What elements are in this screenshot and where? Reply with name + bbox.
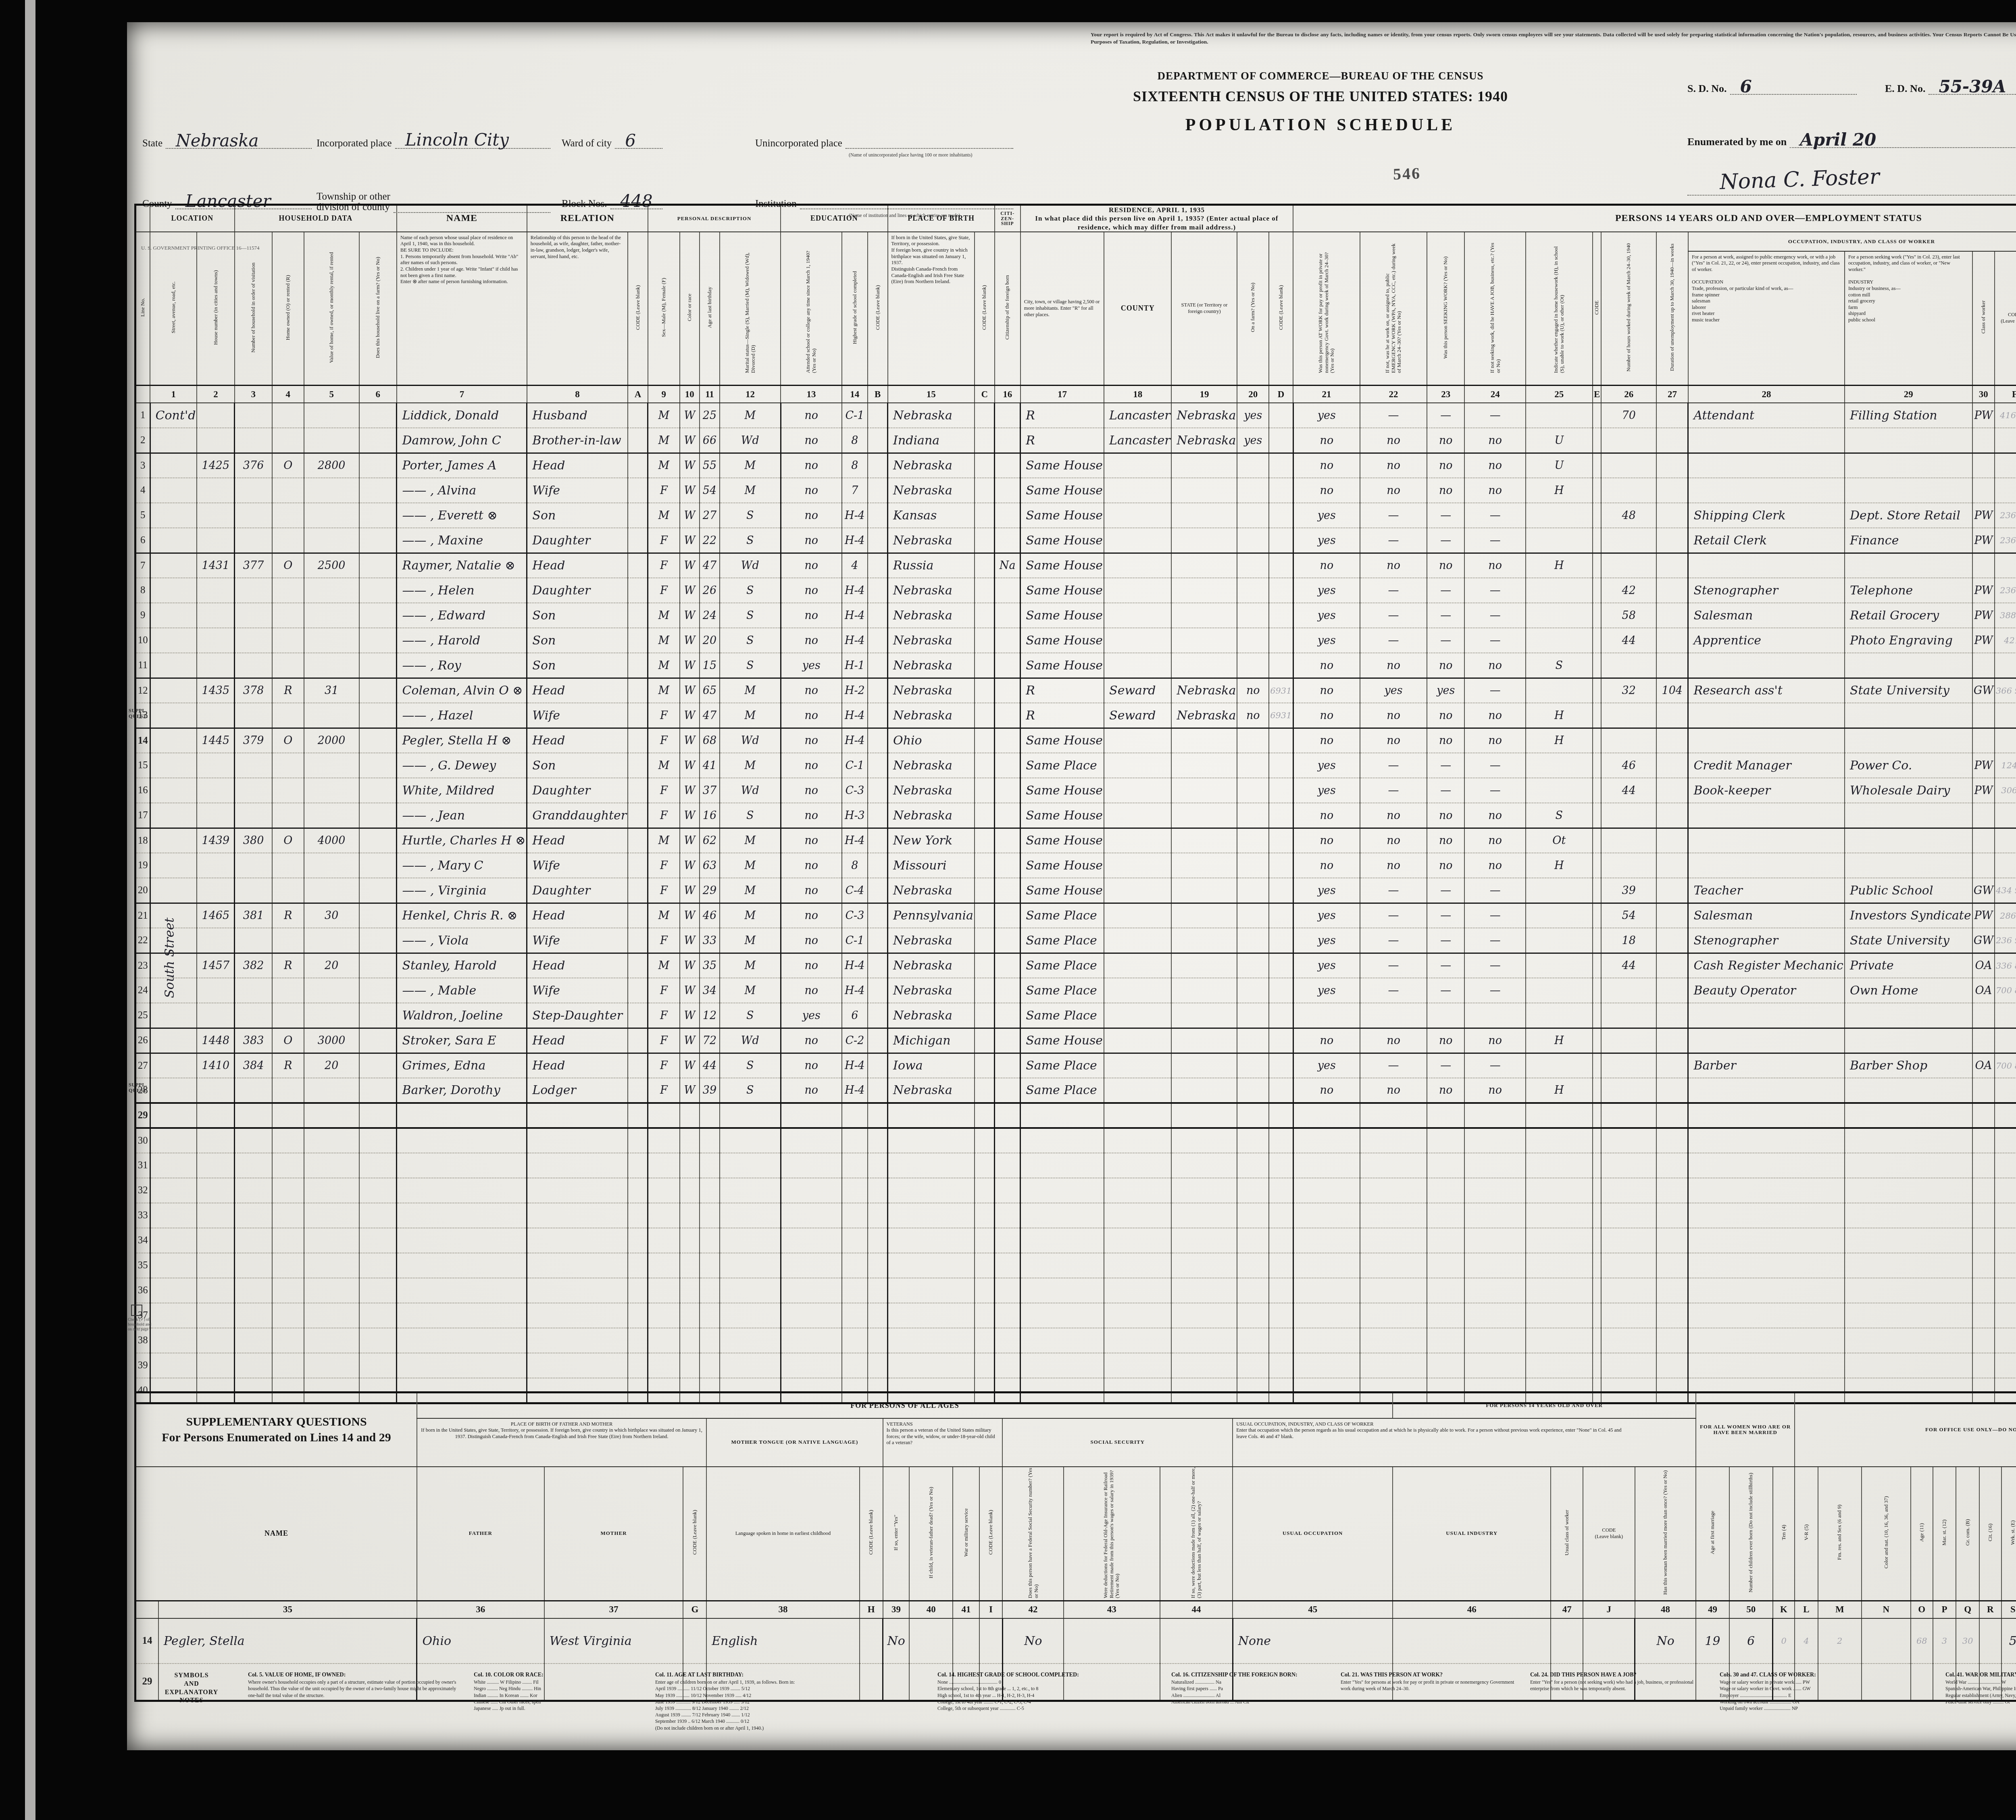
cell-lnL: 36 xyxy=(135,1278,150,1303)
cell-val: 2500 xyxy=(304,553,359,578)
column-header: 11 xyxy=(700,385,720,403)
column-header: 9 xyxy=(648,385,680,403)
cell-rfarm xyxy=(1237,1078,1269,1103)
cell-own xyxy=(272,653,304,678)
column-header: Number of children ever born (Do not inc… xyxy=(1729,1467,1773,1601)
cell-grd: H-4 xyxy=(842,703,868,728)
cell-rel xyxy=(527,1253,628,1278)
cell-hh xyxy=(235,778,272,803)
cell-sex: F xyxy=(648,703,680,728)
note-line: August 1939 ........ 7/12 February 1940 … xyxy=(655,1712,929,1718)
cell-race xyxy=(680,1203,700,1228)
note-line: May 1939 ........... 10/12 November 1939… xyxy=(655,1692,929,1699)
cell-house xyxy=(197,478,234,503)
cell-sex: F xyxy=(648,878,680,903)
cell-lnL: 29 xyxy=(135,1103,150,1128)
cell-own: O xyxy=(272,828,304,853)
column-header: 16 xyxy=(995,385,1020,403)
cell-c23 xyxy=(1427,1178,1464,1203)
cell-hh xyxy=(235,1178,272,1203)
note-line: Wage or salary worker in Govt. work ....… xyxy=(1720,1685,1937,1692)
cell-rfarm xyxy=(1237,1228,1269,1253)
cell-c25 xyxy=(1526,1153,1593,1178)
band-office-use: FOR OFFICE USE ONLY—DO NOT WRITE IN THES… xyxy=(1795,1393,2016,1467)
cell-cdF: 12458 xyxy=(1995,753,2016,778)
cell-sch: no xyxy=(781,1053,841,1078)
cell-age: 26 xyxy=(700,578,720,603)
cell-race: W xyxy=(680,1078,700,1103)
cell-rcity: Same Place xyxy=(1020,978,1104,1003)
cell-cdF xyxy=(1995,1328,2016,1353)
cell-occ: Beauty Operator xyxy=(1688,978,1845,1003)
cell-sex: M xyxy=(648,828,680,853)
column-header: Was this person SEEKING WORK? (Yes or No… xyxy=(1427,232,1464,386)
cell-cdF xyxy=(1995,803,2016,828)
cell-sch: no xyxy=(781,853,841,878)
cell-c25 xyxy=(1526,403,1593,428)
cell-house xyxy=(197,1203,234,1228)
cell-c25 xyxy=(1526,603,1593,628)
cell-age: 37 xyxy=(700,778,720,803)
enumeration-date-value: April 20 xyxy=(1800,130,1876,150)
state-value: Nebraska xyxy=(176,131,259,150)
cell-pob xyxy=(888,1153,975,1178)
cell-c22 xyxy=(1360,1303,1427,1328)
cell-street xyxy=(150,1278,197,1303)
column-header: 12 xyxy=(720,385,781,403)
cell-street xyxy=(150,478,197,503)
cell-cdE xyxy=(1593,903,1601,928)
column-header: CODE (Leave blank) xyxy=(868,232,888,386)
cell-ind xyxy=(1845,1228,1972,1253)
cell-rcounty xyxy=(1104,478,1171,503)
cell-race: W xyxy=(680,728,700,753)
cell-grd: C-3 xyxy=(842,903,868,928)
column-header: Age at first marriage xyxy=(1696,1467,1729,1601)
cell-c24 xyxy=(1464,1353,1525,1378)
cell-c21 xyxy=(1293,1103,1360,1128)
cell-rcity: Same House xyxy=(1020,878,1104,903)
column-header: If not, was he at work on, or assigned t… xyxy=(1360,232,1427,386)
cell-c23: — xyxy=(1427,1053,1464,1078)
cell-c25 xyxy=(1526,1128,1593,1153)
cell-rcounty xyxy=(1104,1053,1171,1078)
cell-occ xyxy=(1688,478,1845,503)
cell-pob: Russia xyxy=(888,553,975,578)
cell-lnL: 7 xyxy=(135,553,150,578)
cell-age: 44 xyxy=(700,1053,720,1078)
cell-pob: Nebraska xyxy=(888,953,975,978)
cell-c23: yes xyxy=(1427,678,1464,703)
cell-occ: Shipping Clerk xyxy=(1688,503,1845,528)
cell-rcounty xyxy=(1104,978,1171,1003)
cell-cdF xyxy=(1995,1078,2016,1103)
cell-mar: M xyxy=(720,403,781,428)
cell-rcounty xyxy=(1104,603,1171,628)
cell-cit xyxy=(995,1353,1020,1378)
cell-val xyxy=(304,753,359,778)
sd-value: 6 xyxy=(1740,77,1752,96)
cell-cdA xyxy=(628,1053,648,1078)
table-row-11: 11—— , RoySonMW15SyesH-1NebraskaSame Hou… xyxy=(135,653,2016,678)
cell-grd xyxy=(842,1153,868,1178)
cell-age xyxy=(700,1128,720,1153)
cell-hh xyxy=(235,578,272,603)
cell-mar xyxy=(720,1153,781,1178)
cell-c22: — xyxy=(1360,603,1427,628)
cell-own xyxy=(272,1203,304,1228)
cell-cdF: 236 55 xyxy=(1995,578,2016,603)
cell-cdB xyxy=(868,1203,888,1228)
column-header: CODE xyxy=(1593,232,1601,386)
cell-grd: H-4 xyxy=(842,628,868,653)
cell-c23: no xyxy=(1427,828,1464,853)
cell-cls: PW xyxy=(1972,578,1995,603)
cell-rcounty xyxy=(1104,628,1171,653)
column-header: 40 xyxy=(909,1601,953,1618)
cell-cdA xyxy=(628,1003,648,1028)
cell-cdB xyxy=(868,1153,888,1178)
cell-c24: no xyxy=(1464,703,1525,728)
cell-cdC xyxy=(975,1353,995,1378)
cell-rcounty xyxy=(1104,1278,1171,1303)
cell-c27 xyxy=(1656,1203,1688,1228)
cell-pob: Nebraska xyxy=(888,653,975,678)
cell-c23: — xyxy=(1427,928,1464,953)
cell-rel xyxy=(527,1128,628,1153)
note-title: Cols. 30 and 47. CLASS OF WORKER: xyxy=(1720,1672,1937,1679)
cell-pob: Nebraska xyxy=(888,878,975,903)
cell-cit xyxy=(995,953,1020,978)
cell-rcounty xyxy=(1104,728,1171,753)
cell-own xyxy=(272,1253,304,1278)
cell-age xyxy=(700,1303,720,1328)
cell-farm xyxy=(359,828,397,853)
cell-cdE xyxy=(1593,1253,1601,1278)
cell-c27 xyxy=(1656,628,1688,653)
cell-race: W xyxy=(680,978,700,1003)
cell-mar xyxy=(720,1228,781,1253)
column-header: Name of each person whose usual place of… xyxy=(397,232,527,386)
cell-c23 xyxy=(1427,1353,1464,1378)
cell-cdI xyxy=(979,1618,1003,1664)
cell-c27 xyxy=(1656,553,1688,578)
cell-lnL: 26 xyxy=(135,1028,150,1053)
cell-rfarm xyxy=(1237,728,1269,753)
note-block-5: Col. 16. CITIZENSHIP OF THE FOREIGN BORN… xyxy=(1171,1672,1333,1705)
column-header: Cit. (16) xyxy=(1979,1467,2001,1601)
cell-hh xyxy=(235,1228,272,1253)
cell-cdE xyxy=(1593,678,1601,703)
cell-occ xyxy=(1688,1228,1845,1253)
band-mother-tongue: MOTHER TONGUE (OR NATIVE LANGUAGE) xyxy=(706,1418,883,1467)
cell-ind xyxy=(1845,1353,1972,1378)
cell-cdD xyxy=(1269,403,1293,428)
cell-c24: — xyxy=(1464,528,1525,553)
cell-c24: no xyxy=(1464,828,1525,853)
column-header: If so, were deductions made from (1) all… xyxy=(1160,1467,1233,1601)
cell-grd xyxy=(842,1303,868,1328)
cell-sch: no xyxy=(781,428,841,453)
cell-cls xyxy=(1972,1353,1995,1378)
cell-rcounty xyxy=(1104,1303,1171,1328)
note-line: Indian ......... In Korean ....... Kor xyxy=(474,1692,647,1699)
group-education: EDUCATION xyxy=(781,205,887,232)
cell-sch: no xyxy=(781,878,841,903)
legal-notice: Your report is required by Act of Congre… xyxy=(1091,31,2016,45)
cell-race xyxy=(680,1103,700,1128)
cell-sch: no xyxy=(781,578,841,603)
cell-pob: Nebraska xyxy=(888,578,975,603)
cell-lnL: 5 xyxy=(135,503,150,528)
column-header: K xyxy=(1773,1601,1795,1618)
cell-farm xyxy=(359,428,397,453)
cell-c26: 70 xyxy=(1601,403,1656,428)
cell-sex: F xyxy=(648,578,680,603)
cell-rcounty xyxy=(1104,453,1171,478)
cell-hh xyxy=(235,1128,272,1153)
cell-c21: no xyxy=(1293,728,1360,753)
cell-age: 55 xyxy=(700,453,720,478)
cell-house xyxy=(197,403,234,428)
cell-grd: 8 xyxy=(842,453,868,478)
cell-race: W xyxy=(680,578,700,603)
cell-street xyxy=(150,1328,197,1353)
cell-rfarm xyxy=(1237,853,1269,878)
cell-cdF: 236 98 xyxy=(1995,528,2016,553)
cell-cdC xyxy=(975,603,995,628)
cell-sex xyxy=(648,1178,680,1203)
cell-cdB xyxy=(868,1028,888,1053)
cell-cdC xyxy=(975,828,995,853)
cell-age: 16 xyxy=(700,803,720,828)
cell-rstate xyxy=(1171,1278,1237,1303)
cell-cls xyxy=(1972,553,1995,578)
cell-rcity xyxy=(1020,1228,1104,1253)
cell-c25: U xyxy=(1526,453,1593,478)
cell-c23: — xyxy=(1427,628,1464,653)
cell-rcounty xyxy=(1104,778,1171,803)
cell-c22 xyxy=(1360,1178,1427,1203)
cell-race: W xyxy=(680,403,700,428)
cell-cit xyxy=(995,928,1020,953)
cell-c27 xyxy=(1656,803,1688,828)
cell-lang: English xyxy=(706,1618,860,1664)
cell-s43 xyxy=(1064,1618,1160,1664)
cell-c24: — xyxy=(1464,578,1525,603)
cell-c22: no xyxy=(1360,1078,1427,1103)
cell-name xyxy=(397,1253,527,1278)
cell-pob: Nebraska xyxy=(888,478,975,503)
cell-cdE xyxy=(1593,653,1601,678)
cell-val xyxy=(304,428,359,453)
cell-mar: S xyxy=(720,578,781,603)
cell-rcity: Same House xyxy=(1020,453,1104,478)
cell-occ xyxy=(1688,1278,1845,1303)
cell-cls xyxy=(1972,703,1995,728)
cell-occ xyxy=(1688,1003,1845,1028)
column-header: Were deductions for Federal Old-Age Insu… xyxy=(1064,1467,1160,1601)
unincorporated-place-label: Unincorporated place xyxy=(755,138,842,149)
cell-c27 xyxy=(1656,728,1688,753)
cell-grd: H-4 xyxy=(842,503,868,528)
cell-cdB xyxy=(868,828,888,853)
column-header: House number (in cities and towns) xyxy=(197,232,234,386)
cell-val xyxy=(304,1278,359,1303)
cell-cdD xyxy=(1269,603,1293,628)
cell-cdA xyxy=(628,903,648,928)
cell-lnL: 30 xyxy=(135,1128,150,1153)
table-row-18: 181439380O4000Hurtle, Charles H ⊗HeadMW6… xyxy=(135,828,2016,853)
cell-rfarm xyxy=(1237,903,1269,928)
cell-rcounty xyxy=(1104,1353,1171,1378)
cell-cdB xyxy=(868,628,888,653)
cell-grd xyxy=(842,1328,868,1353)
cell-c25 xyxy=(1526,1328,1593,1353)
cell-sch: no xyxy=(781,778,841,803)
cell-ind xyxy=(1845,803,1972,828)
cell-hh xyxy=(235,978,272,1003)
column-header: E xyxy=(1593,385,1601,403)
cell-c26: 44 xyxy=(1601,778,1656,803)
cell-c26 xyxy=(1601,528,1656,553)
cell-cdD xyxy=(1269,953,1293,978)
cell-mar: M xyxy=(720,753,781,778)
cell-rstate xyxy=(1171,1253,1237,1278)
cell-grd: H-4 xyxy=(842,578,868,603)
column-header: H xyxy=(860,1601,883,1618)
cell-cdD xyxy=(1269,1128,1293,1153)
cell-rel xyxy=(527,1178,628,1203)
cell-ind xyxy=(1845,1003,1972,1028)
note-line: Naturalized ................ Na xyxy=(1171,1679,1333,1685)
cell-c26 xyxy=(1601,1228,1656,1253)
column-header: War or military service xyxy=(953,1467,979,1601)
column-header: G xyxy=(683,1601,706,1618)
cell-occ: Barber xyxy=(1688,1053,1845,1078)
cell-occ: None xyxy=(1233,1618,1393,1664)
cell-grd: 8 xyxy=(842,428,868,453)
cell-c27 xyxy=(1656,753,1688,778)
cell-house xyxy=(197,753,234,778)
cell-c24: no xyxy=(1464,453,1525,478)
cell-cdE xyxy=(1593,803,1601,828)
column-header: CODE (Leave blank) xyxy=(1269,232,1293,386)
column-header: Relationship of this person to the head … xyxy=(527,232,628,386)
cell-val: 31 xyxy=(304,678,359,703)
cell-c22: — xyxy=(1360,628,1427,653)
cell-cdA xyxy=(628,853,648,878)
column-header: Highest grade of school completed xyxy=(842,232,868,386)
cell-c25 xyxy=(1526,903,1593,928)
cell-rfarm xyxy=(1237,653,1269,678)
cell-street xyxy=(150,1178,197,1203)
cell-farm xyxy=(359,1353,397,1378)
cell-c27 xyxy=(1656,828,1688,853)
table-row-22: 22—— , ViolaWifeFW33MnoC-1NebraskaSame P… xyxy=(135,928,2016,953)
cell-cdA xyxy=(628,928,648,953)
cell-race xyxy=(680,1353,700,1378)
cell-cls: GW xyxy=(1972,928,1995,953)
cell-street xyxy=(150,1153,197,1178)
cell-cdF: 416 98 xyxy=(1995,403,2016,428)
column-header: O xyxy=(1911,1601,1933,1618)
cell-ind xyxy=(1845,553,1972,578)
column-header: USUAL OCCUPATION xyxy=(1233,1467,1393,1601)
cell-street xyxy=(150,1078,197,1103)
cell-cdE xyxy=(1593,953,1601,978)
cell-sex: F xyxy=(648,978,680,1003)
cell-cdA xyxy=(628,528,648,553)
cell-rcity: Same Place xyxy=(1020,953,1104,978)
supplementary-questions-table: SUPPLEMENTARY QUESTIONSFor Persons Enume… xyxy=(134,1391,2016,1702)
cell-c25 xyxy=(1526,978,1593,1003)
cell-street xyxy=(150,1128,197,1153)
cell-c23: — xyxy=(1427,903,1464,928)
column-header: 43 xyxy=(1064,1601,1160,1618)
cell-rcounty xyxy=(1104,928,1171,953)
cell-c24: no xyxy=(1464,1078,1525,1103)
cell-cdE xyxy=(1593,828,1601,853)
cell-cit xyxy=(995,678,1020,703)
cell-sch: no xyxy=(781,503,841,528)
cell-mar: M xyxy=(720,878,781,903)
cell-own xyxy=(272,878,304,903)
cell-cdF xyxy=(1995,428,2016,453)
cell-val xyxy=(304,1253,359,1278)
cell-c23 xyxy=(1427,1203,1464,1228)
census-scan: { "header": { "form_no": "16-201 A", "le… xyxy=(0,0,2016,1820)
cell-ind xyxy=(1845,1203,1972,1228)
cell-rcity: Same Place xyxy=(1020,903,1104,928)
cell-farm xyxy=(359,853,397,878)
cell-c24: — xyxy=(1464,678,1525,703)
cell-c22 xyxy=(1360,1203,1427,1228)
cell-own xyxy=(272,578,304,603)
cell-rcity: Same House xyxy=(1020,503,1104,528)
cell-cdE xyxy=(1593,1278,1601,1303)
cell-ind: Power Co. xyxy=(1845,753,1972,778)
cell-cdC xyxy=(975,553,995,578)
column-header: Gr. com. (B) xyxy=(1956,1467,1979,1601)
cell-rstate xyxy=(1171,1228,1237,1253)
column-header: 39 xyxy=(883,1601,910,1618)
cell-c23: no xyxy=(1427,1028,1464,1053)
cell-sex: F xyxy=(648,1078,680,1103)
cell-rstate xyxy=(1171,778,1237,803)
cell-rcity xyxy=(1020,1328,1104,1353)
cell-ind: Barber Shop xyxy=(1845,1053,1972,1078)
cell-own: R xyxy=(272,953,304,978)
note-block-8: Cols. 30 and 47. CLASS OF WORKER:Wage or… xyxy=(1720,1672,1937,1712)
cell-race: W xyxy=(680,1053,700,1078)
cell-c21: no xyxy=(1293,1028,1360,1053)
cell-cdF xyxy=(1995,828,2016,853)
population-schedule-table: LOCATIONHOUSEHOLD DATANAMERELATIONPERSON… xyxy=(134,204,2016,1404)
cell-age: 33 xyxy=(700,928,720,953)
cell-lnL: 15 xyxy=(135,753,150,778)
cell-name: Hurtle, Charles H ⊗ xyxy=(397,828,527,853)
cell-ind: Investors Syndicate xyxy=(1845,903,1972,928)
cell-cls xyxy=(1972,1228,1995,1253)
cell-pob: Nebraska xyxy=(888,1078,975,1103)
cell-cdF xyxy=(1995,1128,2016,1153)
cell-rstate xyxy=(1171,978,1237,1003)
cell-hh xyxy=(235,503,272,528)
cell-lnL: 27 xyxy=(135,1053,150,1078)
cell-cdC xyxy=(975,1103,995,1128)
cell-c24: — xyxy=(1464,503,1525,528)
